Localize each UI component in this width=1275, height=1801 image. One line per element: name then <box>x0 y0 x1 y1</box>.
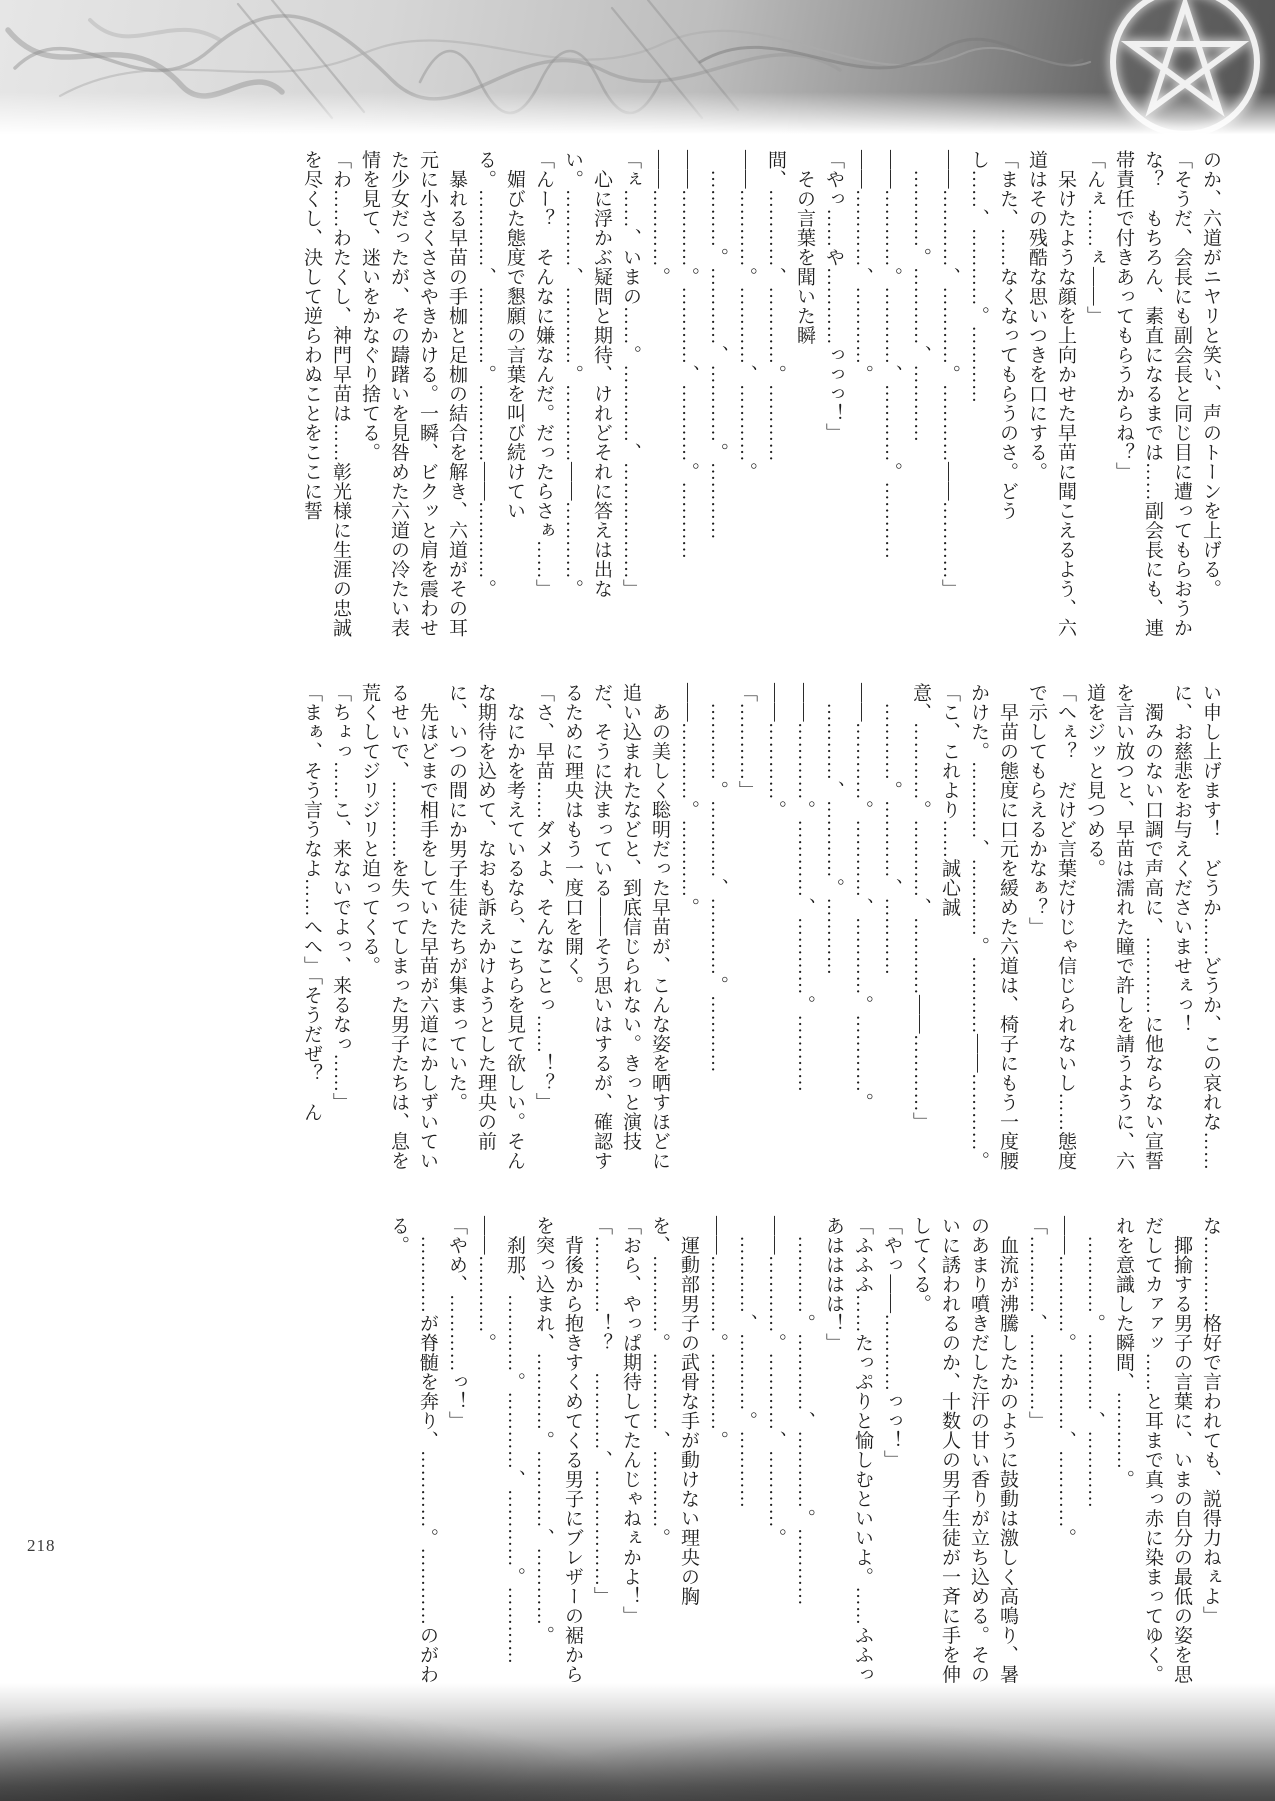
text-column: 「…………」 <box>732 683 761 1175</box>
text-column: 「やっ……や…………っっっ！」 <box>819 150 848 642</box>
text-column: 「ちょっ……こ、来ないでよっ、来るなっ……」 <box>326 683 355 1175</box>
text-column: 「…………！？ …………、………………」 <box>587 1216 616 1708</box>
text-column: …………、…………。…………――…………。…………、…………。…………――………… <box>761 683 848 1175</box>
text-column: のか、六道がニヤリと笑い、声のトーンを上げる。 <box>1196 150 1225 642</box>
text-column: 「ふふふ……たっぷりと愉しむといいよ。……ふふっ、あはははは！」 <box>819 1216 877 1708</box>
text-column: …………。…………、…………。…………――…………。…………、…………。 <box>761 1216 819 1708</box>
page-number: 218 <box>27 1536 56 1556</box>
text-column: 先ほどまで相手をしていた早苗が六道にかしずいているせいで、…………を失ってしまっ… <box>355 683 442 1175</box>
text-column: …………。…………、…………――…………。…………、…………。…………。 <box>848 683 906 1175</box>
text-column: 心に浮かぶ疑問と期待、けれどそれに答えは出ない。…………、…………。…………――… <box>558 150 616 642</box>
footer-gradient <box>0 1683 1275 1801</box>
text-column: 運動部男子の武骨な手が動けない理央の胸を、…………。…………、…………。 <box>645 1216 703 1708</box>
text-column: 「こ、これより……誠心誠意、…………。…………、…………――…………」 <box>906 683 964 1175</box>
text-column: 「んぇ……ぇ――」 <box>1080 150 1109 642</box>
text-column: 「へぇ？ だけど言葉だけじゃ信じられないし……態度で示してもらえるかなぁ？」 <box>1022 683 1080 1175</box>
text-column: その言葉を聞いた瞬間、…………、…………。…………――…………。…………、………… <box>732 150 819 642</box>
text-column: 「…………、…………」 <box>1022 1216 1051 1708</box>
swirl-strokes <box>8 0 1090 118</box>
text-column: 「おら、やっぱ期待してたんじゃねぇかよ！」 <box>616 1216 645 1708</box>
text-column: …………、…………。…………――…………。…………。 <box>703 1216 761 1708</box>
text-column: 背後から抱きすくめてくる男子にブレザーの裾から手を突っ込まれ、…………。…………… <box>529 1216 587 1708</box>
text-band-1: のか、六道がニヤリと笑い、声のトーンを上げる。「そうだ、会長にも副会長と同じ目に… <box>297 150 1225 642</box>
text-column: 「やっ――…………っっ！」 <box>877 1216 906 1708</box>
text-column: 暴れる早苗の手枷と足枷の結合を解き、六道がその耳元に小さくささやきかける。一瞬、… <box>355 150 471 642</box>
text-column: 刹那、…………。…………、…………。…………――…………。 <box>471 1216 529 1708</box>
text-column: …………。…………、…………。…………――…………。…………、…………。…………… <box>645 150 732 642</box>
text-column: 「まぁ、そう言うなよ……へへ」「そうだぜ？ ん <box>297 683 326 1175</box>
decorative-header <box>0 0 1275 138</box>
text-column: 呆けたような顔を上向かせた早苗に聞こえるよう、六道はその残酷な思いつきを口にする… <box>1022 150 1080 642</box>
text-column: 揶揄する男子の言葉に、いまの自分の最低の姿を思いだしてカァァッ……と耳まで真っ赤… <box>1109 1216 1196 1708</box>
text-column: …………。…………、…………――…………。…………、…………。 <box>1051 1216 1109 1708</box>
text-column: 血流が沸騰したかのように鼓動は激しく高鳴り、暑さのあまり噴きだした汗の甘い香りが… <box>906 1216 1022 1708</box>
text-column: なにかを考えているなら、こちらを見て欲しい。そんな期待を込めて、なおも訴えかけよ… <box>442 683 529 1175</box>
text-column: …………。…………、…………――…………。…………、…………。…………――………… <box>848 150 935 642</box>
text-column: な…………格好で言われても、説得力ねぇよ」 <box>1196 1216 1225 1708</box>
text-band-2: い申し上げます！ どうか……どうか、この哀れな……に、お慈悲をお与えくださいませ… <box>297 683 1225 1175</box>
text-band-3: な…………格好で言われても、説得力ねぇよ」 揶揄する男子の言葉に、いまの自分の最… <box>384 1216 1225 1708</box>
text-column: 「さ、早苗……ダメよ、そんなことっ……！？」 <box>529 683 558 1175</box>
calligraphy-ornament <box>0 0 1275 138</box>
text-column: 「やめ、…………っ！」 <box>442 1216 471 1708</box>
text-column: 「わ……わたくし、神門早苗は……彰光様に生涯の忠誠を尽くし、決して逆らわぬことを… <box>297 150 355 642</box>
text-column: 「そうだ、会長にも副会長と同じ目に遭ってもらおうかな？ もちろん、素直になるまで… <box>1109 150 1196 642</box>
text-column: 「ぇ……、いまの……。…………、………………」 <box>616 150 645 642</box>
pentacle-icon <box>1113 0 1257 134</box>
text-column: 「また、……なくなってもらうのさ。どうし……、…………。…………――…………、…… <box>935 150 1022 642</box>
text-column: …………。…………、…………。…………――…………。…………。 <box>674 683 732 1175</box>
text-column: 早苗の態度に口元を緩めた六道は、椅子にもう一度腰かけた。…………、…………。……… <box>964 683 1022 1175</box>
text-column: あの美しく聡明だった早苗が、こんな姿を晒すほどに追い込まれたなどと、到底信じられ… <box>558 683 674 1175</box>
book-page: のか、六道がニヤリと笑い、声のトーンを上げる。「そうだ、会長にも副会長と同じ目に… <box>0 0 1275 1801</box>
text-column: い申し上げます！ どうか……どうか、この哀れな……に、お慈悲をお与えくださいませ… <box>1167 683 1225 1175</box>
text-column: 濁みのない口調で声高に、…………に他ならない宣誓を言い放つと、早苗は濡れた瞳で許… <box>1080 683 1167 1175</box>
text-column: …………が脊髄を奔り、…………。…………のがわかる。 <box>384 1216 442 1708</box>
text-column: 媚びた態度で懇願の言葉を叫び続けている。…………、…………。…………――…………… <box>471 150 529 642</box>
text-column: 「んー？ そんなに嫌なんだ。だったらさぁ……」 <box>529 150 558 642</box>
